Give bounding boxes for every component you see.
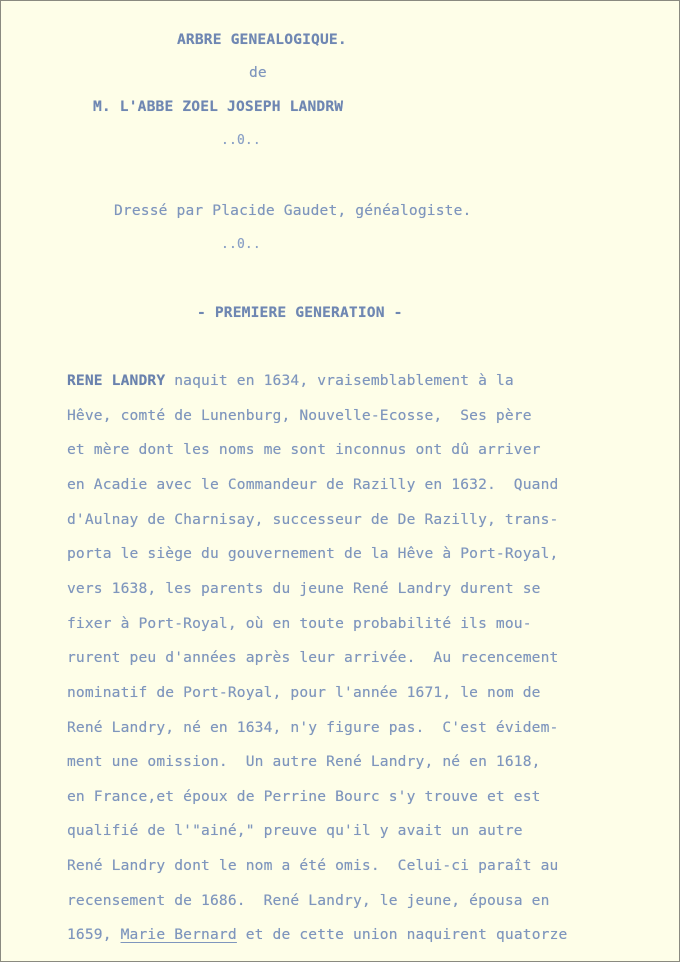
separator: ..0..	[221, 237, 261, 252]
line-text: ment une omission. Un autre René Landry,…	[67, 753, 541, 770]
line-text: rurent peu d'années après leur arrivée. …	[67, 649, 559, 666]
document-subject: M. L'ABBE ZOEL JOSEPH LANDRW	[93, 98, 343, 115]
line-text: en France,et époux de Perrine Bourc s'y …	[67, 788, 541, 805]
separator: ..0..	[221, 133, 261, 148]
body-line: porta le siège du gouvernement de la Hêv…	[67, 545, 559, 562]
body-line: René Landry dont le nom a été omis. Celu…	[67, 857, 559, 874]
body-line: René Landry, né en 1634, n'y figure pas.…	[67, 719, 559, 736]
line-text: et mère dont les noms me sont inconnus o…	[67, 441, 541, 458]
section-heading: - PREMIERE GENERATION -	[197, 304, 403, 321]
body-line: ment une omission. Un autre René Landry,…	[67, 753, 541, 770]
line-text: vers 1638, les parents du jeune René Lan…	[67, 580, 541, 597]
line-text: René Landry dont le nom a été omis. Celu…	[67, 857, 559, 874]
typewritten-page: ARBRE GENEALOGIQUE. de M. L'ABBE ZOEL JO…	[0, 0, 680, 962]
body-line: Hêve, comté de Lunenburg, Nouvelle-Ecoss…	[67, 407, 532, 424]
body-line: rurent peu d'années après leur arrivée. …	[67, 649, 559, 666]
line-lead: 1659,	[67, 926, 121, 943]
body-line: fixer à Port-Royal, où en toute probabil…	[67, 615, 532, 632]
line-text: René Landry, né en 1634, n'y figure pas.…	[67, 719, 559, 736]
body-line: en Acadie avec le Commandeur de Razilly …	[67, 476, 559, 493]
line-text: qualifié de l'"ainé," preuve qu'il y ava…	[67, 822, 523, 839]
body-line: vers 1638, les parents du jeune René Lan…	[67, 580, 541, 597]
body-line: en France,et époux de Perrine Bourc s'y …	[67, 788, 541, 805]
body-line: 1659, Marie Bernard et de cette union na…	[67, 926, 567, 943]
line-text: naquit en 1634, vraisemblablement à la	[165, 372, 514, 389]
body-line: qualifié de l'"ainé," preuve qu'il y ava…	[67, 822, 523, 839]
body-line: RENE LANDRY naquit en 1634, vraisemblabl…	[67, 372, 514, 389]
line-text: porta le siège du gouvernement de la Hêv…	[67, 545, 559, 562]
document-de: de	[249, 64, 267, 81]
document-title: ARBRE GENEALOGIQUE.	[177, 31, 347, 48]
person-name: RENE LANDRY	[67, 372, 165, 389]
line-text: fixer à Port-Royal, où en toute probabil…	[67, 615, 532, 632]
line-text: Hêve, comté de Lunenburg, Nouvelle-Ecoss…	[67, 407, 532, 424]
line-text: nominatif de Port-Royal, pour l'année 16…	[67, 684, 541, 701]
document-author: Dressé par Placide Gaudet, généalogiste.	[114, 202, 471, 219]
line-text: et de cette union naquirent quatorze	[237, 926, 568, 943]
body-line: recensement de 1686. René Landry, le jeu…	[67, 892, 550, 909]
body-line: et mère dont les noms me sont inconnus o…	[67, 441, 541, 458]
body-line: nominatif de Port-Royal, pour l'année 16…	[67, 684, 541, 701]
line-text: en Acadie avec le Commandeur de Razilly …	[67, 476, 559, 493]
spouse-name: Marie Bernard	[121, 926, 237, 943]
line-text: recensement de 1686. René Landry, le jeu…	[67, 892, 550, 909]
line-text: d'Aulnay de Charnisay, successeur de De …	[67, 511, 559, 528]
body-line: d'Aulnay de Charnisay, successeur de De …	[67, 511, 559, 528]
